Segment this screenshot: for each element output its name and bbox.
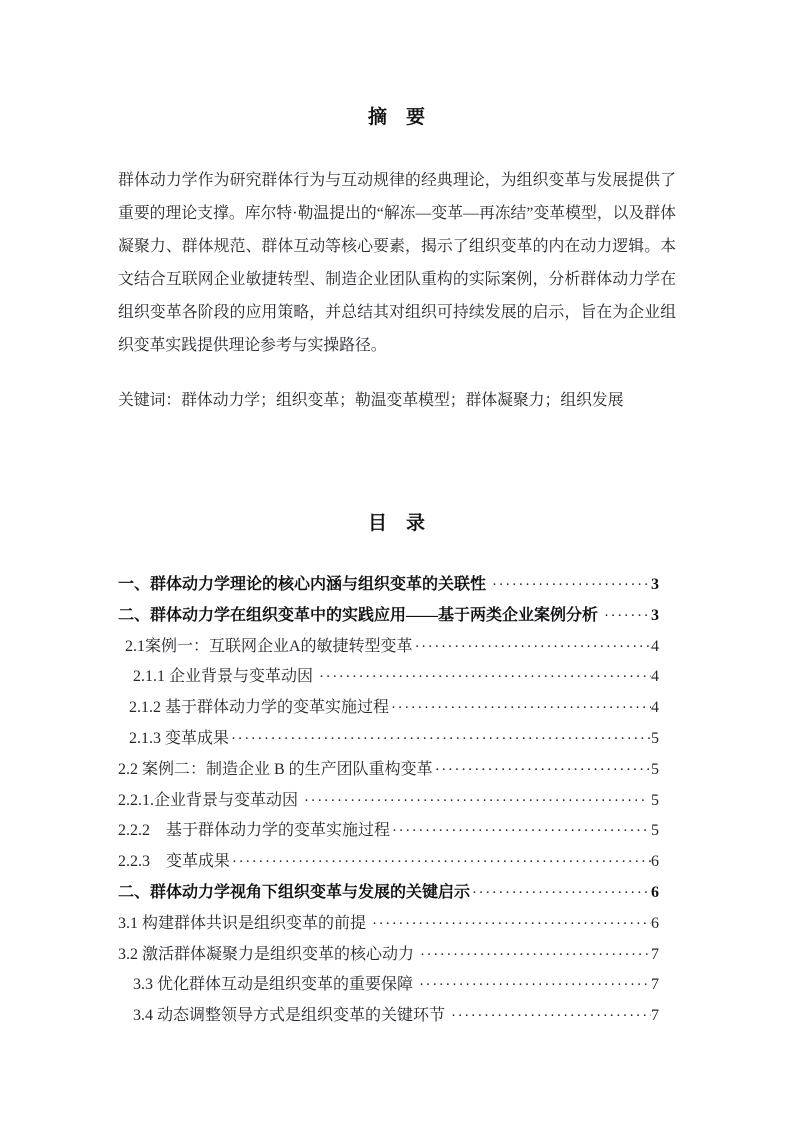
toc-page-number: 5: [651, 816, 659, 847]
toc-dot-leader: [604, 601, 651, 632]
toc-page-number: 4: [651, 693, 659, 724]
toc-page-number: 4: [651, 662, 659, 693]
toc-dot-leader: [435, 755, 651, 786]
document-page: 摘 要 群体动力学作为研究群体行为与互动规律的经典理论，为组织变革与发展提供了重…: [0, 0, 793, 1122]
abstract-paragraph: 群体动力学作为研究群体行为与互动规律的经典理论，为组织变革与发展提供了重要的理论…: [118, 164, 676, 362]
abstract-keywords: 关键词：群体动力学；组织变革；勒温变革模型；群体凝聚力；组织发展: [118, 384, 793, 417]
toc-page-number: 3: [651, 601, 659, 632]
toc-entry: 一、群体动力学理论的核心内涵与组织变革的关联性 3: [118, 570, 659, 601]
toc-entry: 二、群体动力学视角下组织变革与发展的关键启示6: [118, 878, 659, 909]
toc-entry-label: 2.1.2 基于群体动力学的变革实施过程: [129, 693, 389, 724]
toc-page-number: 7: [651, 940, 659, 971]
toc-dot-leader: [415, 632, 651, 663]
toc-page-number: 5: [651, 755, 659, 786]
toc-dot-leader: [231, 724, 651, 755]
toc-entry-label: 2.1.3 变革成果: [129, 724, 229, 755]
toc-dot-leader: [304, 786, 647, 817]
toc-entry-label: 3.3 优化群体互动是组织变革的重要保障: [133, 970, 417, 1001]
toc-entry: 2.2.1.企业背景与变革动因 5: [118, 786, 659, 817]
toc-entry-label: 3.4 动态调整领导方式是组织变革的关键环节: [133, 1001, 449, 1032]
toc-entry: 2.1.1 企业背景与变革动因 4: [118, 662, 659, 693]
toc-entry: 二、群体动力学在组织变革中的实践应用——基于两类企业案例分析 3: [118, 601, 659, 632]
toc-entry-label: 二、群体动力学视角下组织变革与发展的关键启示: [118, 878, 470, 909]
toc-page-number: 7: [651, 970, 659, 1001]
toc-entry: 2.1.3 变革成果5: [118, 724, 659, 755]
toc-dot-leader: [472, 878, 651, 909]
toc-page-number: 4: [651, 632, 659, 663]
toc-entry-label: 2.1案例一：互联网企业A的敏捷转型变革: [125, 632, 413, 663]
toc-dot-leader: [492, 570, 651, 601]
toc-page-number: 5: [651, 724, 659, 755]
toc-entry-label: 2.2.1.企业背景与变革动因: [118, 786, 302, 817]
toc-entry: 3.3 优化群体互动是组织变革的重要保障 7: [118, 970, 659, 1001]
toc-entry: 3.2 激活群体凝聚力是组织变革的核心动力 7: [118, 940, 659, 971]
toc-page-number: 6: [651, 909, 659, 940]
toc-title: 目 录: [0, 513, 793, 534]
abstract-title: 摘 要: [0, 0, 793, 128]
toc-page-number: 6: [651, 847, 659, 878]
toc-entry-label: 2.2.3 变革成果: [118, 847, 230, 878]
toc-page-number: 7: [651, 1001, 659, 1032]
toc-entry: 3.1 构建群体共识是组织变革的前提 6: [118, 909, 659, 940]
toc-entry-label: 2.2.2 基于群体动力学的变革实施过程: [118, 816, 390, 847]
toc-page-number: 6: [651, 878, 659, 909]
toc-entry-label: 一、群体动力学理论的核心内涵与组织变革的关联性: [118, 570, 490, 601]
toc-entry: 2.1案例一：互联网企业A的敏捷转型变革4: [118, 632, 659, 663]
toc-page-number: 5: [647, 786, 659, 817]
toc-entry-label: 2.1.1 企业背景与变革动因: [133, 662, 317, 693]
toc-entry: 2.1.2 基于群体动力学的变革实施过程4: [118, 693, 659, 724]
toc-entry-label: 3.1 构建群体共识是组织变革的前提: [118, 909, 370, 940]
toc-entry: 2.2 案例二：制造企业 B 的生产团队重构变革5: [118, 755, 659, 786]
toc-entry: 2.2.3 变革成果6: [118, 847, 659, 878]
toc-dot-leader: [391, 693, 651, 724]
toc-dot-leader: [372, 909, 651, 940]
toc-dot-leader: [419, 970, 651, 1001]
toc-dot-leader: [392, 816, 651, 847]
toc-dot-leader: [451, 1001, 651, 1032]
toc-entry: 3.4 动态调整领导方式是组织变革的关键环节 7: [118, 1001, 659, 1032]
toc-list: 一、群体动力学理论的核心内涵与组织变革的关联性 3二、群体动力学在组织变革中的实…: [118, 570, 659, 1032]
toc-entry-label: 2.2 案例二：制造企业 B 的生产团队重构变革: [118, 755, 433, 786]
toc-entry: 2.2.2 基于群体动力学的变革实施过程5: [118, 816, 659, 847]
toc-dot-leader: [232, 847, 651, 878]
toc-dot-leader: [319, 662, 651, 693]
toc-entry-label: 二、群体动力学在组织变革中的实践应用——基于两类企业案例分析: [118, 601, 602, 632]
toc-page-number: 3: [651, 570, 659, 601]
toc-dot-leader: [420, 940, 651, 971]
toc-entry-label: 3.2 激活群体凝聚力是组织变革的核心动力: [118, 940, 418, 971]
